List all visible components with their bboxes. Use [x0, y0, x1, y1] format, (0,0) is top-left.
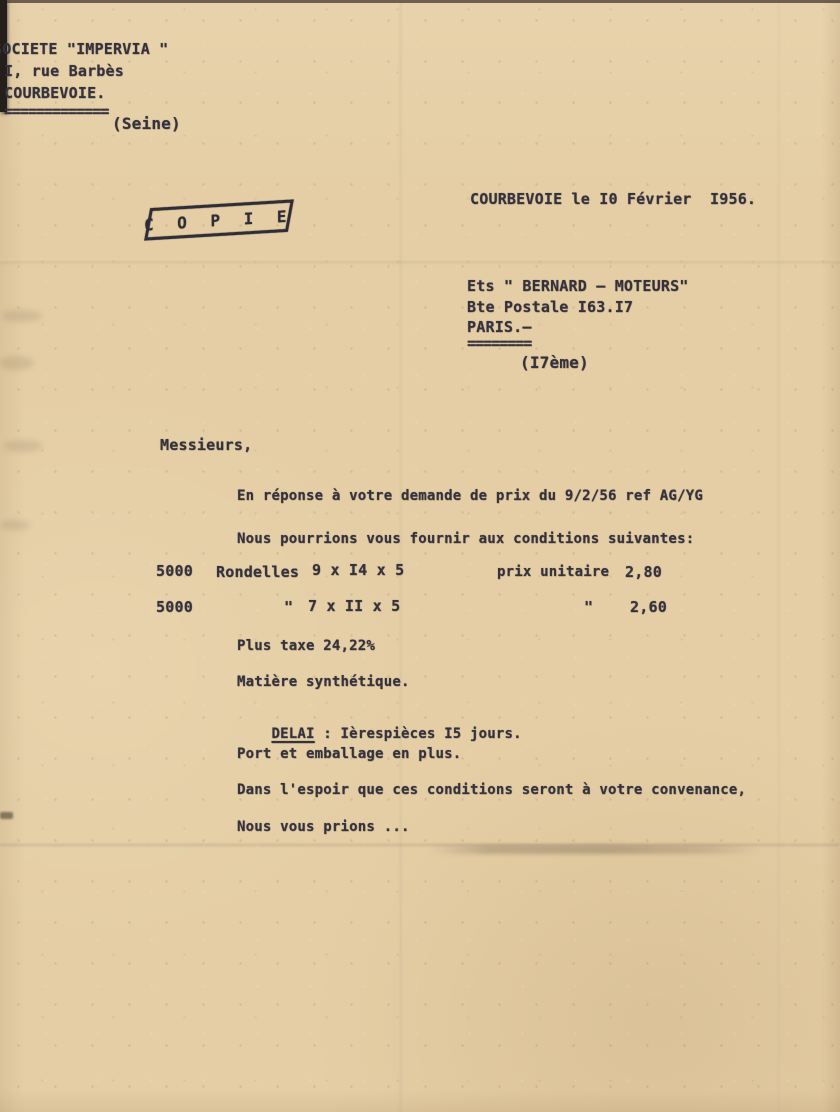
- recipient-district: (I7ème): [520, 353, 589, 372]
- delai-label: DELAI: [272, 726, 315, 742]
- body-line-7: Dans l'espoir que ces conditions seront …: [237, 782, 746, 798]
- copie-stamp-label: C O P I E: [144, 206, 294, 234]
- body-line-1: En réponse à votre demande de prix du 9/…: [237, 488, 703, 504]
- letterhead-city: COURBEVOIE.: [4, 84, 106, 102]
- body-line-2: Nous pourrions vous fournir aux conditio…: [237, 531, 694, 547]
- recipient-box: Bte Postale I63.I7: [467, 298, 633, 316]
- delai-rest: : Ièrespièces I5 jours.: [315, 726, 522, 742]
- body-line-8: Nous vous prions ...: [237, 819, 410, 835]
- quote-dims: 9 x I4 x 5: [312, 561, 404, 579]
- letter-page: SOCIETE "IMPERVIA " I, rue Barbès COURBE…: [0, 0, 840, 1112]
- paper-shading: [0, 0, 840, 1112]
- quote-price-label: ": [584, 598, 593, 616]
- quote-desc: ": [284, 598, 293, 616]
- copie-stamp: C O P I E: [144, 199, 294, 240]
- fold-crease-top: [0, 259, 840, 263]
- letterhead-street: I, rue Barbès: [4, 62, 124, 80]
- letterhead-department: (Seine): [112, 114, 181, 133]
- body-line-4: Matière synthétique.: [237, 674, 410, 690]
- fold-crease-vertical: [400, 0, 403, 1112]
- recipient-name: Ets " BERNARD — MOTEURS": [467, 277, 689, 295]
- paper-grain: [0, 0, 840, 1112]
- quote-qty: 5000: [156, 598, 193, 616]
- quote-desc: Rondelles: [216, 563, 299, 581]
- body-line-3: Plus taxe 24,22%: [237, 638, 375, 654]
- scan-edge-nick: [0, 812, 13, 819]
- body-line-6: Port et emballage en plus.: [237, 746, 461, 762]
- quote-qty: 5000: [156, 562, 193, 580]
- quote-price-label: prix unitaire: [497, 564, 609, 580]
- quote-price: 2,80: [625, 563, 662, 581]
- quote-price: 2,60: [630, 598, 667, 616]
- salutation: Messieurs,: [160, 436, 252, 454]
- ghost-mark: [2, 310, 42, 322]
- ghost-mark: [4, 440, 42, 452]
- recipient-separator: ========: [467, 334, 531, 352]
- scan-edge-top: [0, 0, 840, 3]
- ghost-mark: [0, 520, 30, 530]
- ink-smudge: [430, 845, 760, 854]
- dateline: COURBEVOIE le I0 Février I956.: [470, 190, 756, 208]
- letterhead-separator: =============: [4, 102, 108, 120]
- ghost-mark: [0, 356, 34, 370]
- fold-crease-vertical-right: [778, 0, 781, 1112]
- quote-dims: 7 x II x 5: [308, 597, 400, 615]
- letterhead-company: SOCIETE "IMPERVIA ": [0, 40, 168, 58]
